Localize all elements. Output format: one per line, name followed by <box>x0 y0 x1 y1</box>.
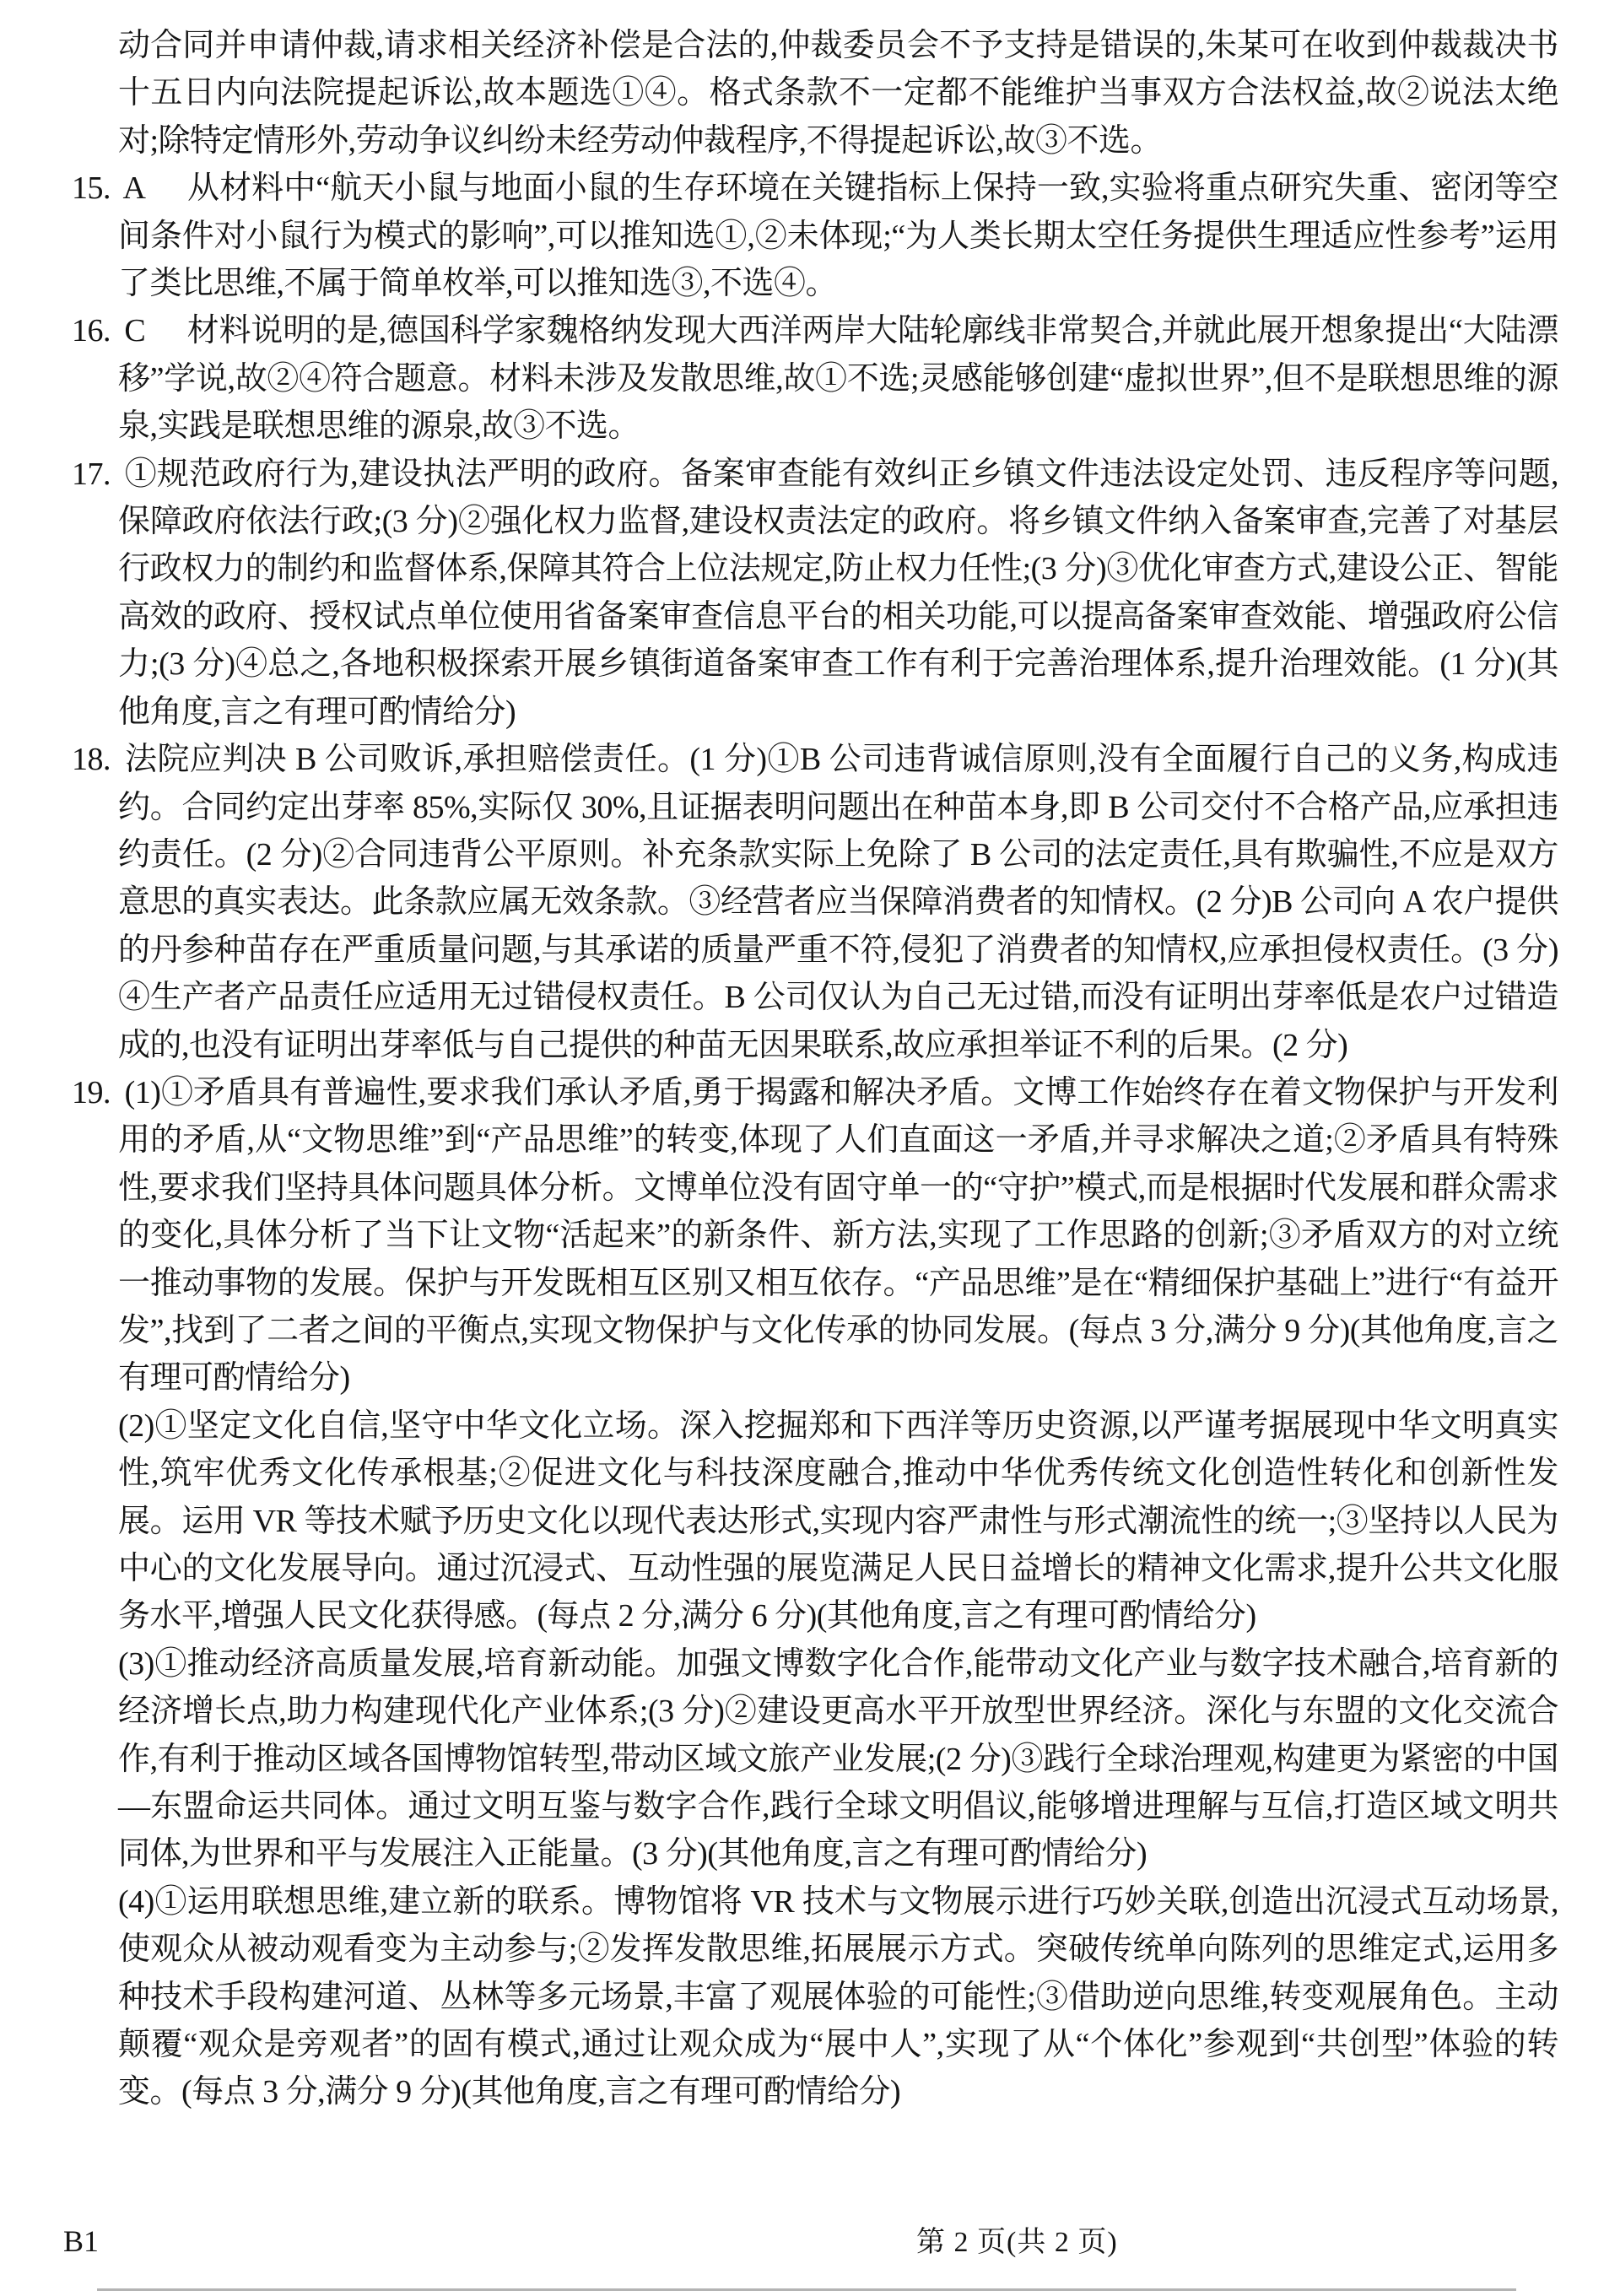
answer-paragraph: 15. A 从材料中“航天小鼠与地面小鼠的生存环境在关键指标上保持一致,实验将重… <box>72 165 1558 307</box>
page-number-label: 第 2 页(共 2 页) <box>916 2224 1118 2261</box>
answer-text: 材料说明的是,德国科学家魏格纳发现大西洋两岸大陆轮廓线非常契合,并就此展开想象提… <box>118 313 1558 444</box>
answer-paragraph: (3)①推动经济高质量发展,培育新动能。加强文博数字化合作,能带动文化产业与数字… <box>72 1640 1558 1878</box>
answer-text: 法院应判决 B 公司败诉,承担赔偿责任。(1 分)①B 公司违背诚信原则,没有全… <box>118 742 1558 1062</box>
answer-paragraph: 18. 法院应判决 B 公司败诉,承担赔偿责任。(1 分)①B 公司违背诚信原则… <box>72 736 1558 1069</box>
answer-text: 从材料中“航天小鼠与地面小鼠的生存环境在关键指标上保持一致,实验将重点研究失重、… <box>118 170 1558 301</box>
answer-letter: A <box>122 170 145 206</box>
answer-text: 动合同并申请仲裁,请求相关经济补偿是合法的,仲裁委员会不予支持是错误的,朱某可在… <box>118 28 1558 159</box>
question-number: 18. <box>72 742 111 777</box>
answer-paragraph: 19. (1)①矛盾具有普遍性,要求我们承认矛盾,勇于揭露和解决矛盾。文博工作始… <box>72 1069 1558 1402</box>
question-number: 15. <box>72 170 111 206</box>
answer-text: (1)①矛盾具有普遍性,要求我们承认矛盾,勇于揭露和解决矛盾。文博工作始终存在着… <box>118 1075 1558 1396</box>
question-number: 17. <box>72 456 111 492</box>
question-number: 19. <box>72 1075 111 1110</box>
answer-text: (4)①运用联想思维,建立新的联系。博物馆将 VR 技术与文物展示进行巧妙关联,… <box>118 1884 1558 2110</box>
paper-code: B1 <box>63 2223 99 2260</box>
answer-paragraph: 17. ①规范政府行为,建设执法严明的政府。备案审查能有效纠正乡镇文件违法设定处… <box>72 451 1558 736</box>
answer-text: (2)①坚定文化自信,坚守中华文化立场。深入挖掘郑和下西洋等历史资源,以严谨考据… <box>118 1408 1558 1634</box>
answer-paragraph: 动合同并申请仲裁,请求相关经济补偿是合法的,仲裁委员会不予支持是错误的,朱某可在… <box>72 22 1558 165</box>
answer-paragraph: (2)①坚定文化自信,坚守中华文化立场。深入挖掘郑和下西洋等历史资源,以严谨考据… <box>72 1402 1558 1640</box>
answer-text: ①规范政府行为,建设执法严明的政府。备案审查能有效纠正乡镇文件违法设定处罚、违反… <box>118 456 1558 730</box>
bottom-scan-edge <box>97 2288 1516 2291</box>
answer-paragraph: 16. C 材料说明的是,德国科学家魏格纳发现大西洋两岸大陆轮廓线非常契合,并就… <box>72 307 1558 450</box>
answer-text: (3)①推动经济高质量发展,培育新动能。加强文博数字化合作,能带动文化产业与数字… <box>118 1646 1558 1872</box>
answer-letter: C <box>124 313 145 348</box>
document-page: 动合同并申请仲裁,请求相关经济补偿是合法的,仲裁委员会不予支持是错误的,朱某可在… <box>0 0 1620 2296</box>
answer-paragraph: (4)①运用联想思维,建立新的联系。博物馆将 VR 技术与文物展示进行巧妙关联,… <box>72 1878 1558 2116</box>
question-number: 16. <box>72 313 111 348</box>
answers-list: 动合同并申请仲裁,请求相关经济补偿是合法的,仲裁委员会不予支持是错误的,朱某可在… <box>72 22 1558 2116</box>
